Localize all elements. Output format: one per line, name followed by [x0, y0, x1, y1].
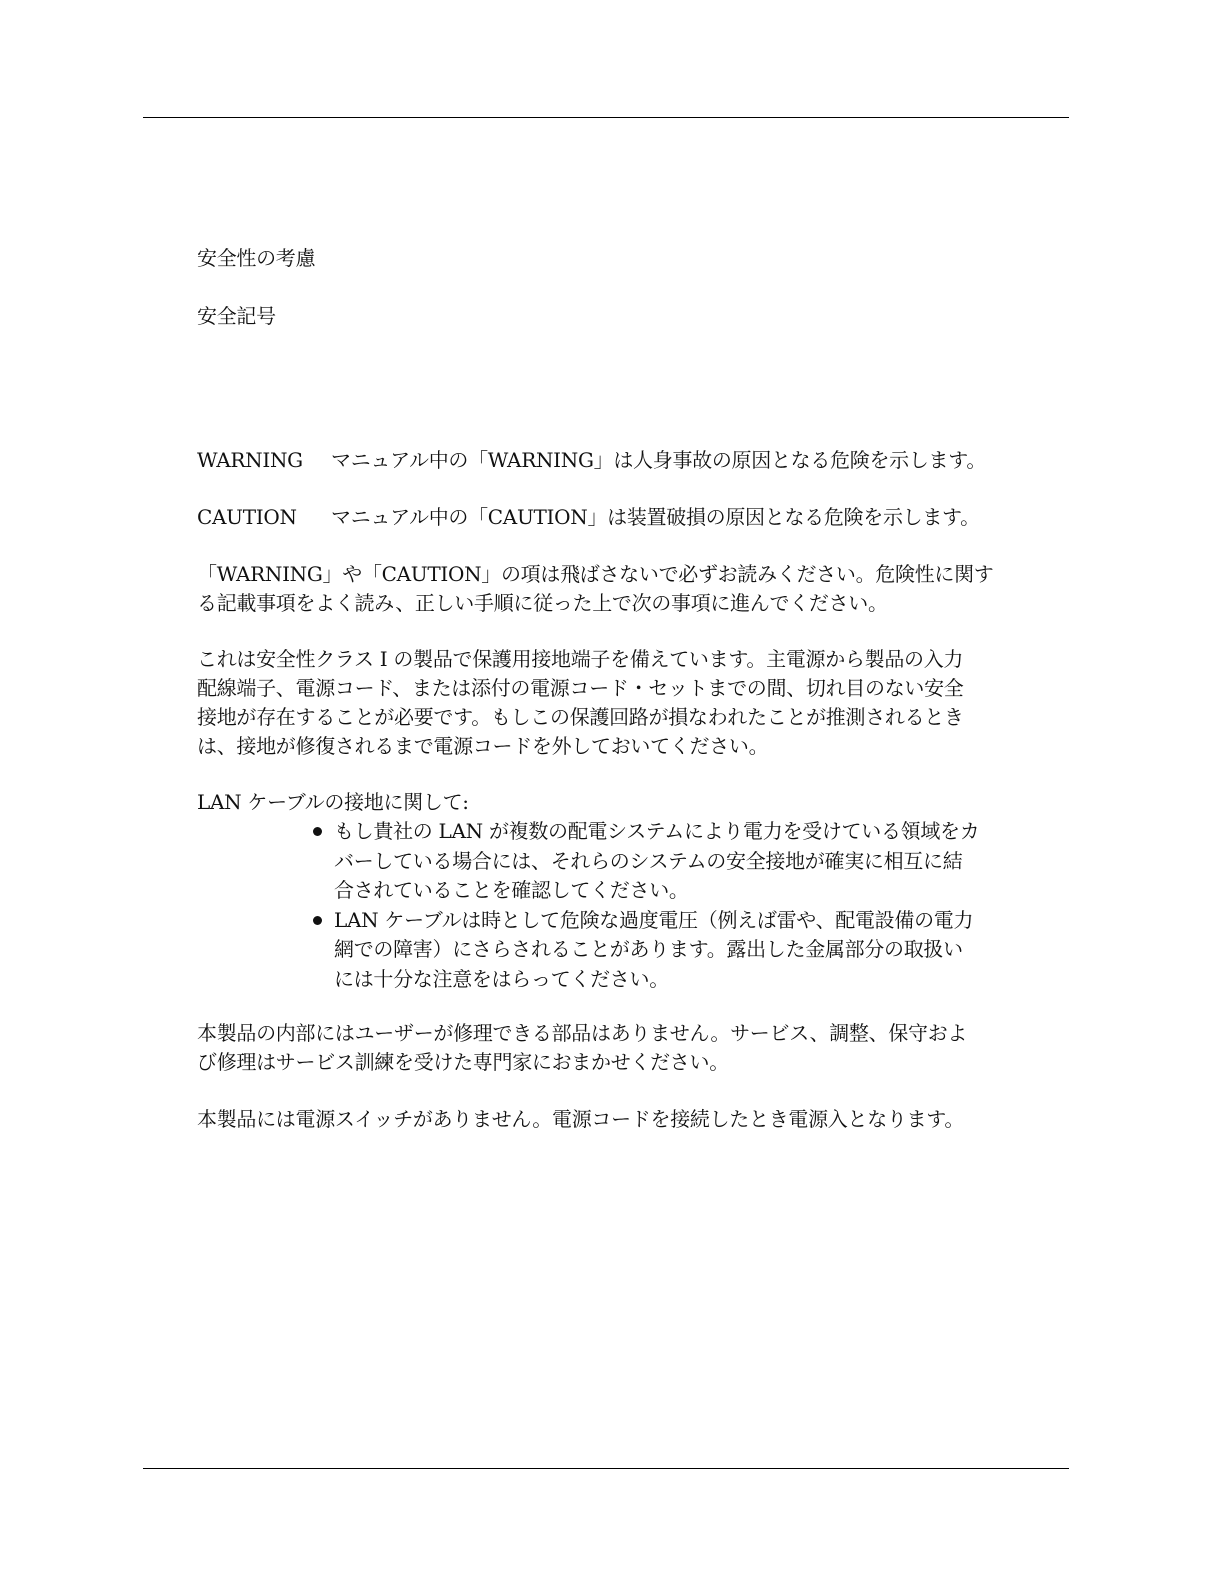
paragraph-line: 「WARNING」や「CAUTION」の項は飛ばさないで必ずお読みください。危険… — [197, 560, 1017, 589]
grounding-paragraph: これは安全性クラス I の製品で保護用接地端子を備えています。主電源から製品の入… — [197, 645, 1017, 761]
bullet-icon — [313, 827, 322, 836]
warning-term: WARNING — [197, 446, 331, 475]
bullet-icon — [313, 916, 322, 925]
section-heading: 安全性の考慮 — [197, 244, 315, 273]
service-paragraph: 本製品の内部にはユーザーが修理できる部品はありません。サービス、調整、保守およ … — [197, 1019, 1017, 1077]
paragraph-line: は、接地が修復されるまで電源コードを外しておいてください。 — [197, 732, 1017, 761]
paragraph-line: 本製品の内部にはユーザーが修理できる部品はありません。サービス、調整、保守およ — [197, 1019, 1017, 1048]
bullet-line: バーしている場合には、それらのシステムの安全接地が確実に相互に結 — [334, 847, 1012, 877]
paragraph-line: る記載事項をよく読み、正しい手順に従った上で次の事項に進んでください。 — [197, 589, 1017, 618]
lan-bullet-list: もし貴社の LAN が複数の配電システムにより電力を受けている領域をカ バーして… — [312, 817, 1012, 994]
paragraph-line: び修理はサービス訓練を受けた専門家におまかせください。 — [197, 1048, 1017, 1077]
notice-paragraph: 「WARNING」や「CAUTION」の項は飛ばさないで必ずお読みください。危険… — [197, 560, 1017, 618]
footer-rule — [143, 1468, 1069, 1469]
bullet-line: もし貴社の LAN が複数の配電システムにより電力を受けている領域をカ — [334, 817, 1012, 847]
paragraph-line: 配線端子、電源コード、または添付の電源コード・セットまでの間、切れ目のない安全 — [197, 674, 1017, 703]
warning-description: マニュアル中の「WARNING」は人身事故の原因となる危険を示します。 — [331, 448, 986, 472]
subsection-heading: 安全記号 — [197, 302, 276, 331]
paragraph-line: これは安全性クラス I の製品で保護用接地端子を備えています。主電源から製品の入… — [197, 645, 1017, 674]
caution-symbol-row: CAUTIONマニュアル中の「CAUTION」は装置破損の原因となる危険を示しま… — [197, 503, 980, 532]
caution-term: CAUTION — [197, 503, 331, 532]
caution-description: マニュアル中の「CAUTION」は装置破損の原因となる危険を示します。 — [331, 505, 980, 529]
list-item: もし貴社の LAN が複数の配電システムにより電力を受けている領域をカ バーして… — [312, 817, 1012, 906]
header-rule — [143, 117, 1069, 118]
paragraph-line: 接地が存在することが必要です。もしこの保護回路が損なわれたことが推測されるとき — [197, 703, 1017, 732]
bullet-line: 網での障害）にさらされることがあります。露出した金属部分の取扱い — [334, 935, 1012, 965]
bullet-line: には十分な注意をはらってください。 — [334, 965, 1012, 995]
bullet-line: 合されていることを確認してください。 — [334, 876, 1012, 906]
power-paragraph: 本製品には電源スイッチがありません。電源コードを接続したとき電源入となります。 — [197, 1105, 1017, 1134]
paragraph-line: 本製品には電源スイッチがありません。電源コードを接続したとき電源入となります。 — [197, 1105, 1017, 1134]
list-item: LAN ケーブルは時として危険な過度電圧（例えば雷や、配電設備の電力 網での障害… — [312, 906, 1012, 995]
warning-symbol-row: WARNINGマニュアル中の「WARNING」は人身事故の原因となる危険を示しま… — [197, 446, 986, 475]
lan-section-intro: LAN ケーブルの接地に関して: — [197, 788, 469, 817]
bullet-line: LAN ケーブルは時として危険な過度電圧（例えば雷や、配電設備の電力 — [334, 906, 1012, 936]
